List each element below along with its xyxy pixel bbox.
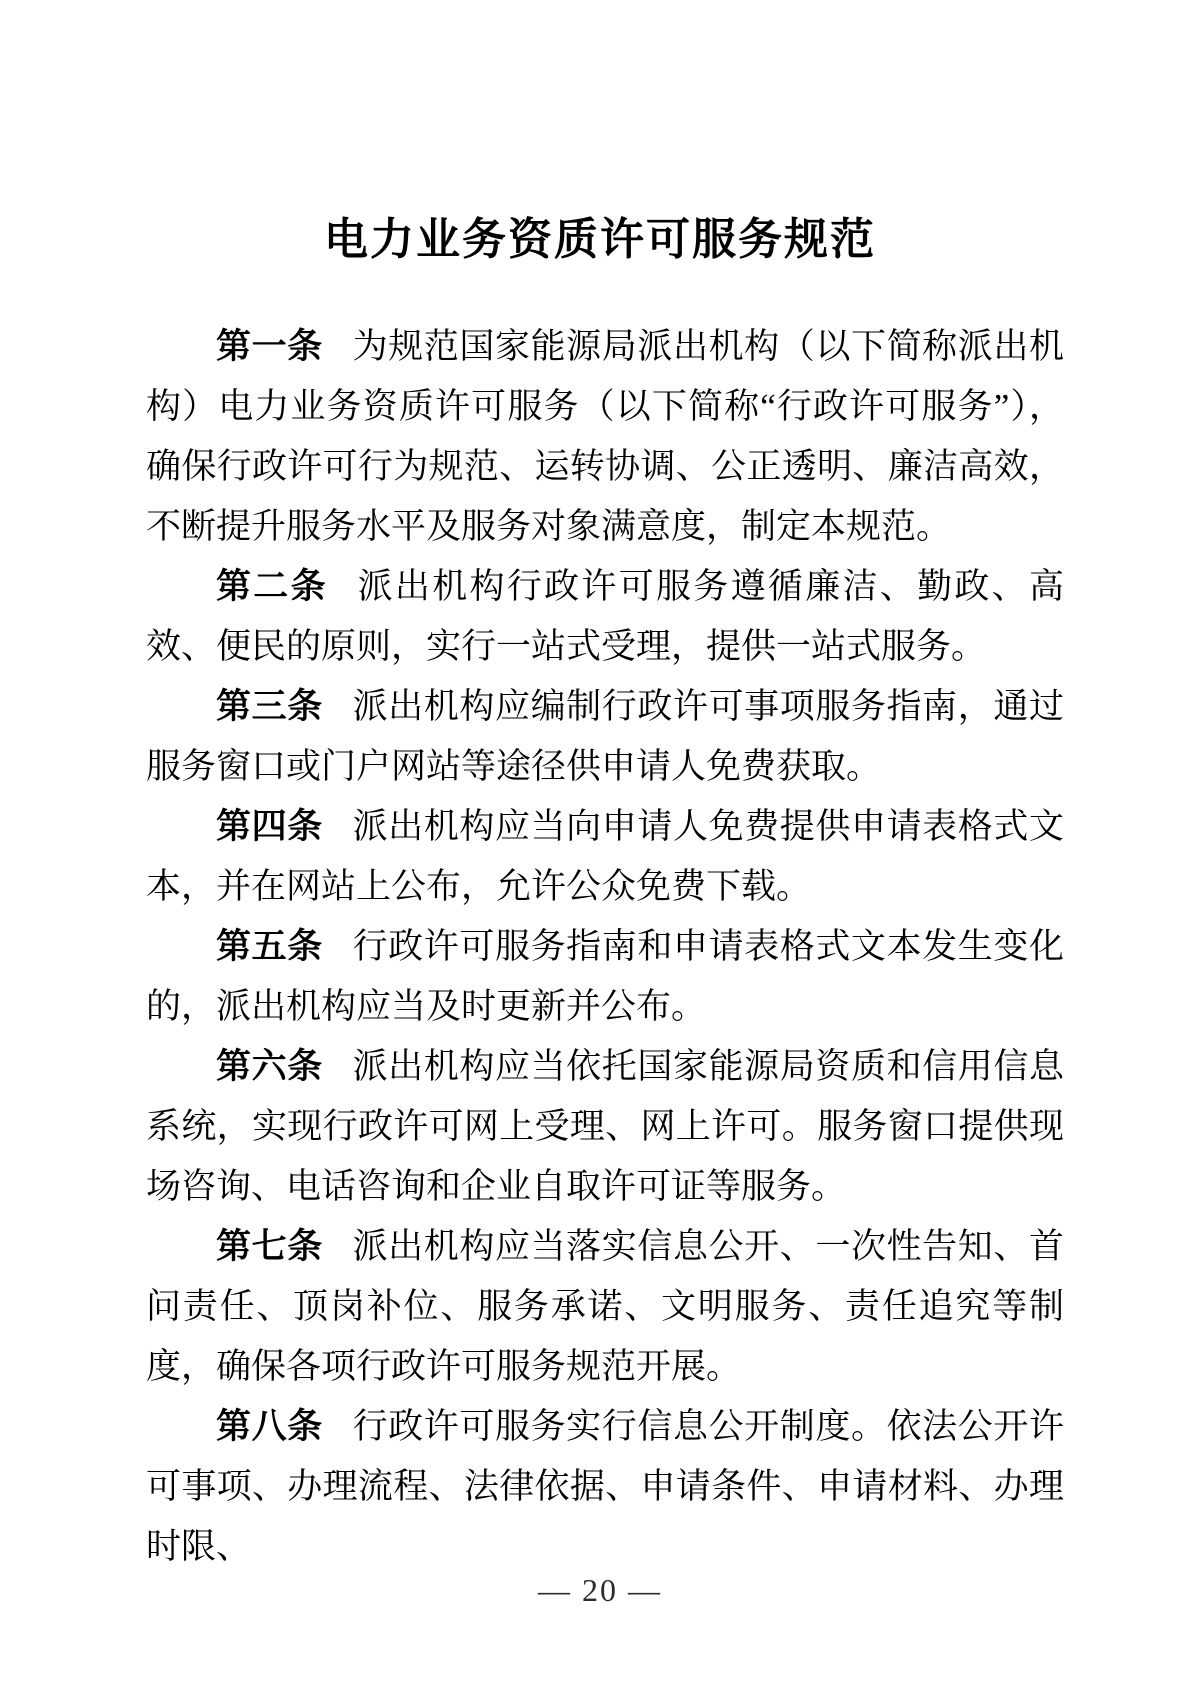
article-label: 第一条 <box>216 327 323 366</box>
article-label: 第四条 <box>216 807 323 846</box>
article-paragraph-2: 第二条派出机构行政许可服务遵循廉洁、勤政、高效、便民的原则，实行一站式受理，提供… <box>146 557 1064 677</box>
article-label: 第六条 <box>216 1047 323 1086</box>
article-paragraph-5: 第五条行政许可服务指南和申请表格式文本发生变化的，派出机构应当及时更新并公布。 <box>146 917 1064 1037</box>
article-label: 第三条 <box>216 687 323 726</box>
article-label: 第五条 <box>216 927 323 966</box>
document-page: 电力业务资质许可服务规范 第一条为规范国家能源局派出机构（以下简称派出机构）电力… <box>0 0 1200 1696</box>
article-paragraph-6: 第六条派出机构应当依托国家能源局资质和信用信息系统，实现行政许可网上受理、网上许… <box>146 1037 1064 1217</box>
article-paragraph-8: 第八条行政许可服务实行信息公开制度。依法公开许可事项、办理流程、法律依据、申请条… <box>146 1397 1064 1577</box>
article-paragraph-1: 第一条为规范国家能源局派出机构（以下简称派出机构）电力业务资质许可服务（以下简称… <box>146 317 1064 557</box>
article-label: 第七条 <box>216 1227 323 1266</box>
page-number: — 20 — <box>0 1572 1200 1609</box>
document-body: 第一条为规范国家能源局派出机构（以下简称派出机构）电力业务资质许可服务（以下简称… <box>146 317 1064 1577</box>
article-paragraph-7: 第七条派出机构应当落实信息公开、一次性告知、首问责任、顶岗补位、服务承诺、文明服… <box>146 1217 1064 1397</box>
article-label: 第二条 <box>216 567 328 606</box>
document-title: 电力业务资质许可服务规范 <box>0 203 1200 267</box>
article-paragraph-3: 第三条派出机构应编制行政许可事项服务指南，通过服务窗口或门户网站等途径供申请人免… <box>146 677 1064 797</box>
article-label: 第八条 <box>216 1407 323 1446</box>
article-paragraph-4: 第四条派出机构应当向申请人免费提供申请表格式文本，并在网站上公布，允许公众免费下… <box>146 797 1064 917</box>
